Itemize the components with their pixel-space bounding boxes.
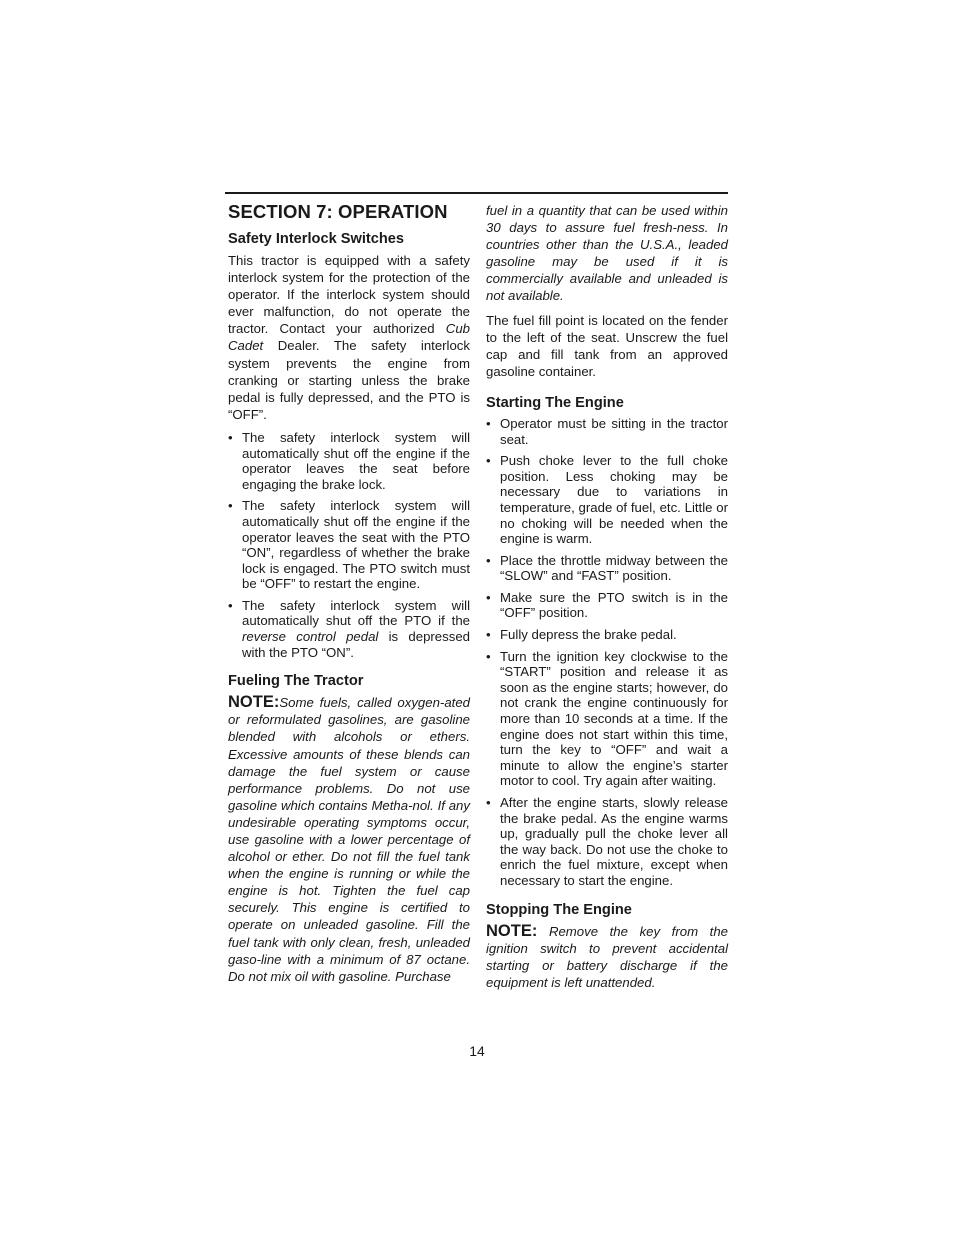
safety-intro-text-b: Dealer. The safety interlock system prev… [228, 338, 470, 421]
bullet-icon: • [486, 553, 491, 569]
list-item: •The safety interlock system will automa… [228, 498, 470, 592]
list-item: •Fully depress the brake pedal. [486, 627, 728, 643]
fuel-fill-point: The fuel fill point is located on the fe… [486, 312, 728, 380]
list-item: •Operator must be sitting in the tractor… [486, 416, 728, 447]
bullet-icon: • [228, 430, 233, 446]
list-item-text: After the engine starts, slowly release … [500, 795, 728, 888]
bullet-icon: • [486, 416, 491, 432]
list-item: •The safety interlock system will automa… [228, 598, 470, 660]
note-label: NOTE: [228, 693, 279, 711]
note-label: NOTE: [486, 922, 537, 940]
list-item-text: Fully depress the brake pedal. [500, 627, 677, 642]
safety-intro: This tractor is equipped with a safety i… [228, 252, 470, 423]
bullet-icon: • [228, 598, 233, 614]
heading-starting: Starting The Engine [486, 394, 728, 412]
safety-intro-text-a: This tractor is equipped with a safety i… [228, 253, 470, 336]
bullet-icon: • [486, 590, 491, 606]
list-item-text: The safety interlock system will automat… [242, 430, 470, 492]
heading-stopping: Stopping The Engine [486, 901, 728, 919]
bullet-icon: • [486, 649, 491, 665]
list-item-text: Place the throttle midway between the “S… [500, 553, 728, 584]
page-number: 14 [0, 1043, 954, 1059]
list-item: •Place the throttle midway between the “… [486, 553, 728, 584]
bullet-icon: • [228, 498, 233, 514]
starting-bullet-list: •Operator must be sitting in the tractor… [486, 416, 728, 889]
top-rule [225, 192, 728, 194]
heading-fueling: Fueling The Tractor [228, 672, 470, 690]
list-item: •Push choke lever to the full choke posi… [486, 453, 728, 547]
bullet-icon: • [486, 627, 491, 643]
list-item: •After the engine starts, slowly release… [486, 795, 728, 889]
fueling-note-text: Some fuels, called oxygen-ated or reform… [228, 695, 470, 984]
list-item-emphasis: reverse control pedal [242, 629, 378, 644]
right-column: fuel in a quantity that can be used with… [486, 202, 728, 991]
list-item-text: Operator must be sitting in the tractor … [500, 416, 728, 447]
section-title: SECTION 7: OPERATION [228, 201, 470, 223]
fueling-note-continued: fuel in a quantity that can be used with… [486, 202, 728, 305]
list-item: •Turn the ignition key clockwise to the … [486, 649, 728, 789]
stopping-note: NOTE: Remove the key from the ignition s… [486, 923, 728, 991]
safety-bullet-list: •The safety interlock system will automa… [228, 430, 470, 660]
list-item-text: Make sure the PTO switch is in the “OFF”… [500, 590, 728, 621]
bullet-icon: • [486, 453, 491, 469]
heading-safety-interlock: Safety Interlock Switches [228, 230, 470, 248]
left-column: SECTION 7: OPERATION Safety Interlock Sw… [228, 196, 470, 985]
list-item: •The safety interlock system will automa… [228, 430, 470, 492]
fueling-note: NOTE:Some fuels, called oxygen-ated or r… [228, 694, 470, 985]
bullet-icon: • [486, 795, 491, 811]
list-item-text: Turn the ignition key clockwise to the “… [500, 649, 728, 789]
list-item-text: The safety interlock system will automat… [242, 598, 470, 629]
list-item-text: Push choke lever to the full choke posit… [500, 453, 728, 546]
list-item: •Make sure the PTO switch is in the “OFF… [486, 590, 728, 621]
list-item-text: The safety interlock system will automat… [242, 498, 470, 591]
